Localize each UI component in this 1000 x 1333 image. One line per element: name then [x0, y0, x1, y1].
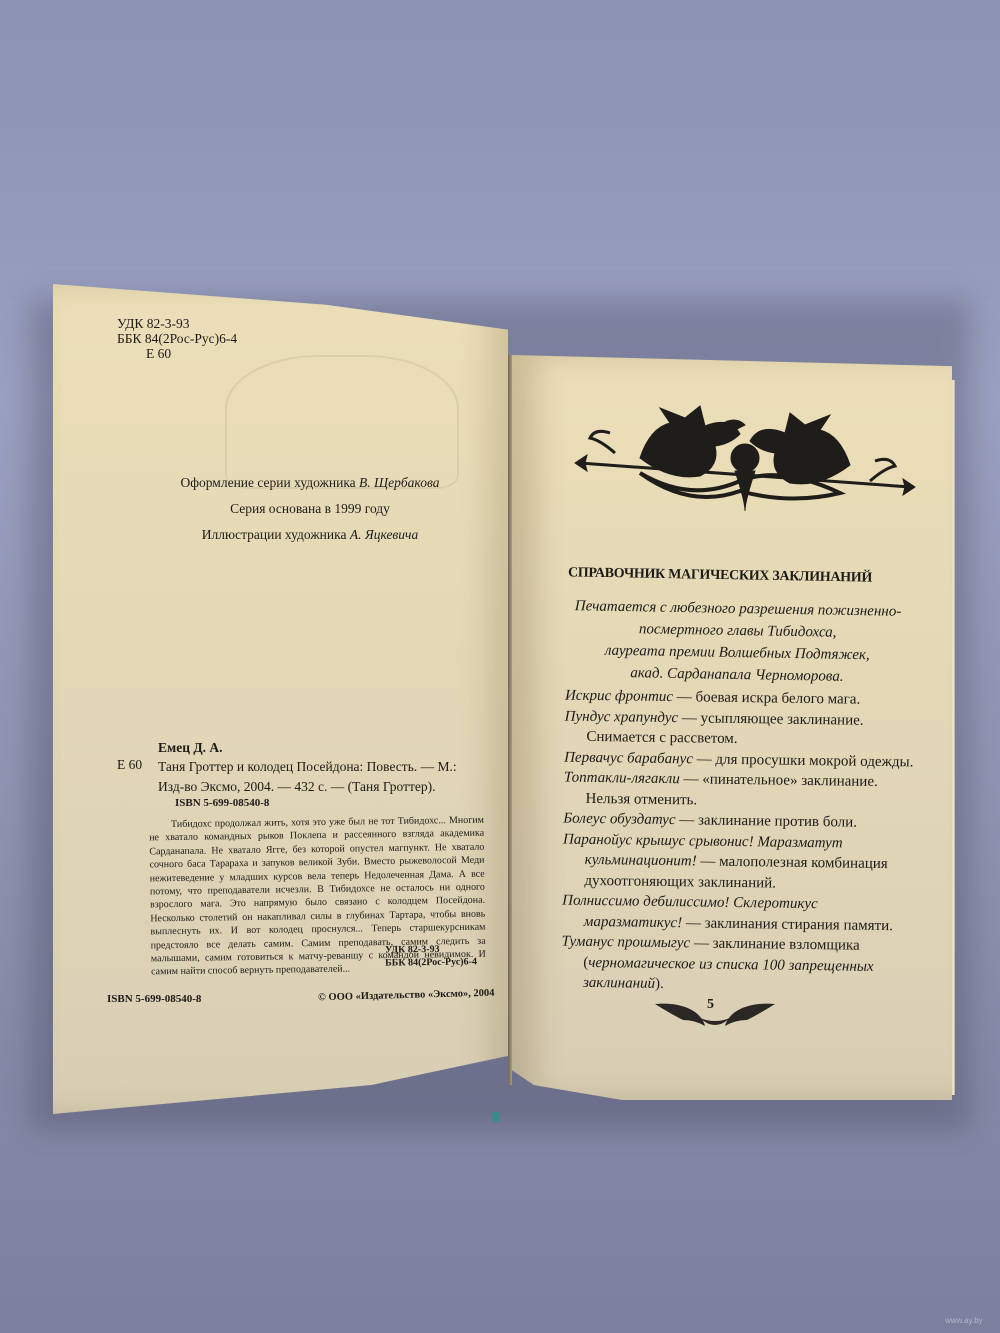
- spell-tail: ).: [655, 976, 664, 992]
- classification-codes: УДК 82-3-93 ББК 84(2Рос-Рус)6-4 Е 60: [117, 316, 237, 361]
- spell-description: — боевая искра белого мага.: [673, 689, 860, 708]
- spell-description: — заклинание против боли.: [675, 812, 857, 831]
- spell-description: — для просушки мокрой одежды.: [693, 751, 914, 770]
- spell-name: Болеус обуздатус: [563, 811, 675, 829]
- credit-label: Иллюстрации художника: [202, 527, 350, 542]
- series-founded: Серия основана в 1999 году: [160, 496, 460, 522]
- spell-entry: Туманус прошмыгус — заклинание взломщика…: [561, 932, 912, 998]
- footer-isbn: ISBN 5-699-08540-8: [107, 993, 201, 1005]
- dragons-ornament-icon: [570, 403, 920, 511]
- spell-name: Туманус прошмыгус: [561, 934, 690, 952]
- bookmark-ribbon: [492, 1112, 500, 1122]
- bbk-code: ББК 84(2Рос-Рус)6-4: [385, 955, 477, 969]
- catalog-author-mark: Е 60: [117, 757, 142, 773]
- page-number: 5: [707, 997, 714, 1013]
- catalog-isbn: ISBN 5-699-08540-8: [175, 797, 269, 809]
- bib-line: Изд-во Эксмо, 2004. — 432 с. — (Таня Гро…: [158, 777, 457, 797]
- spell-note: черномагическое из списка 100 запрещенны…: [583, 954, 874, 991]
- spell-entry: Топтакли-лягакли — «пинательное» заклина…: [563, 768, 914, 814]
- udk-code: УДК 82-3-93: [385, 942, 477, 956]
- bbk-code: ББК 84(2Рос-Рус)6-4: [117, 331, 237, 346]
- credit-artist: А. Яцкевича: [350, 527, 418, 542]
- winged-page-ornament-icon: [650, 1000, 780, 1030]
- bib-line: Таня Гроттер и колодец Посейдона: Повест…: [158, 757, 457, 777]
- spell-entry: Пундус храпундус — усыпляющее заклинание…: [564, 706, 915, 752]
- annotation-codes: УДК 82-3-93 ББК 84(2Рос-Рус)6-4: [385, 942, 477, 969]
- spell-name: Пундус храпундус: [565, 708, 679, 726]
- watermark: www.ay.by: [945, 1316, 983, 1325]
- spell-name: Первачус барабанус: [564, 749, 693, 767]
- show-through-print: [225, 355, 459, 489]
- spell-description: — заклинания стирания памяти.: [682, 915, 893, 934]
- credit-artist: В. Щербакова: [359, 475, 439, 490]
- udk-code: УДК 82-3-93: [117, 316, 237, 331]
- author-mark: Е 60: [117, 346, 237, 361]
- spell-name: Топтакли-лягакли: [564, 770, 680, 788]
- bibliographic-entry: Таня Гроттер и колодец Посейдона: Повест…: [158, 757, 457, 797]
- series-credits: Оформление серии художника В. Щербакова …: [160, 470, 460, 548]
- spell-entry: Полниссимо дебилиссимо! Склеротикус мара…: [562, 891, 913, 937]
- book-gutter: [508, 355, 512, 1085]
- series-design-credit: Оформление серии художника В. Щербакова: [160, 470, 460, 496]
- dedication: Печатается с любезного разрешения пожизн…: [564, 595, 910, 689]
- credit-label: Оформление серии художника: [181, 475, 360, 490]
- spell-name: Искрис фронтис: [565, 688, 673, 706]
- spell-list: Искрис фронтис — боевая искра белого маг…: [561, 686, 915, 998]
- catalog-author: Емец Д. А.: [158, 740, 223, 756]
- spell-entry: Паранойус крышус срывонис! Маразматут ку…: [562, 829, 913, 895]
- illustrations-credit: Иллюстрации художника А. Яцкевича: [160, 522, 460, 548]
